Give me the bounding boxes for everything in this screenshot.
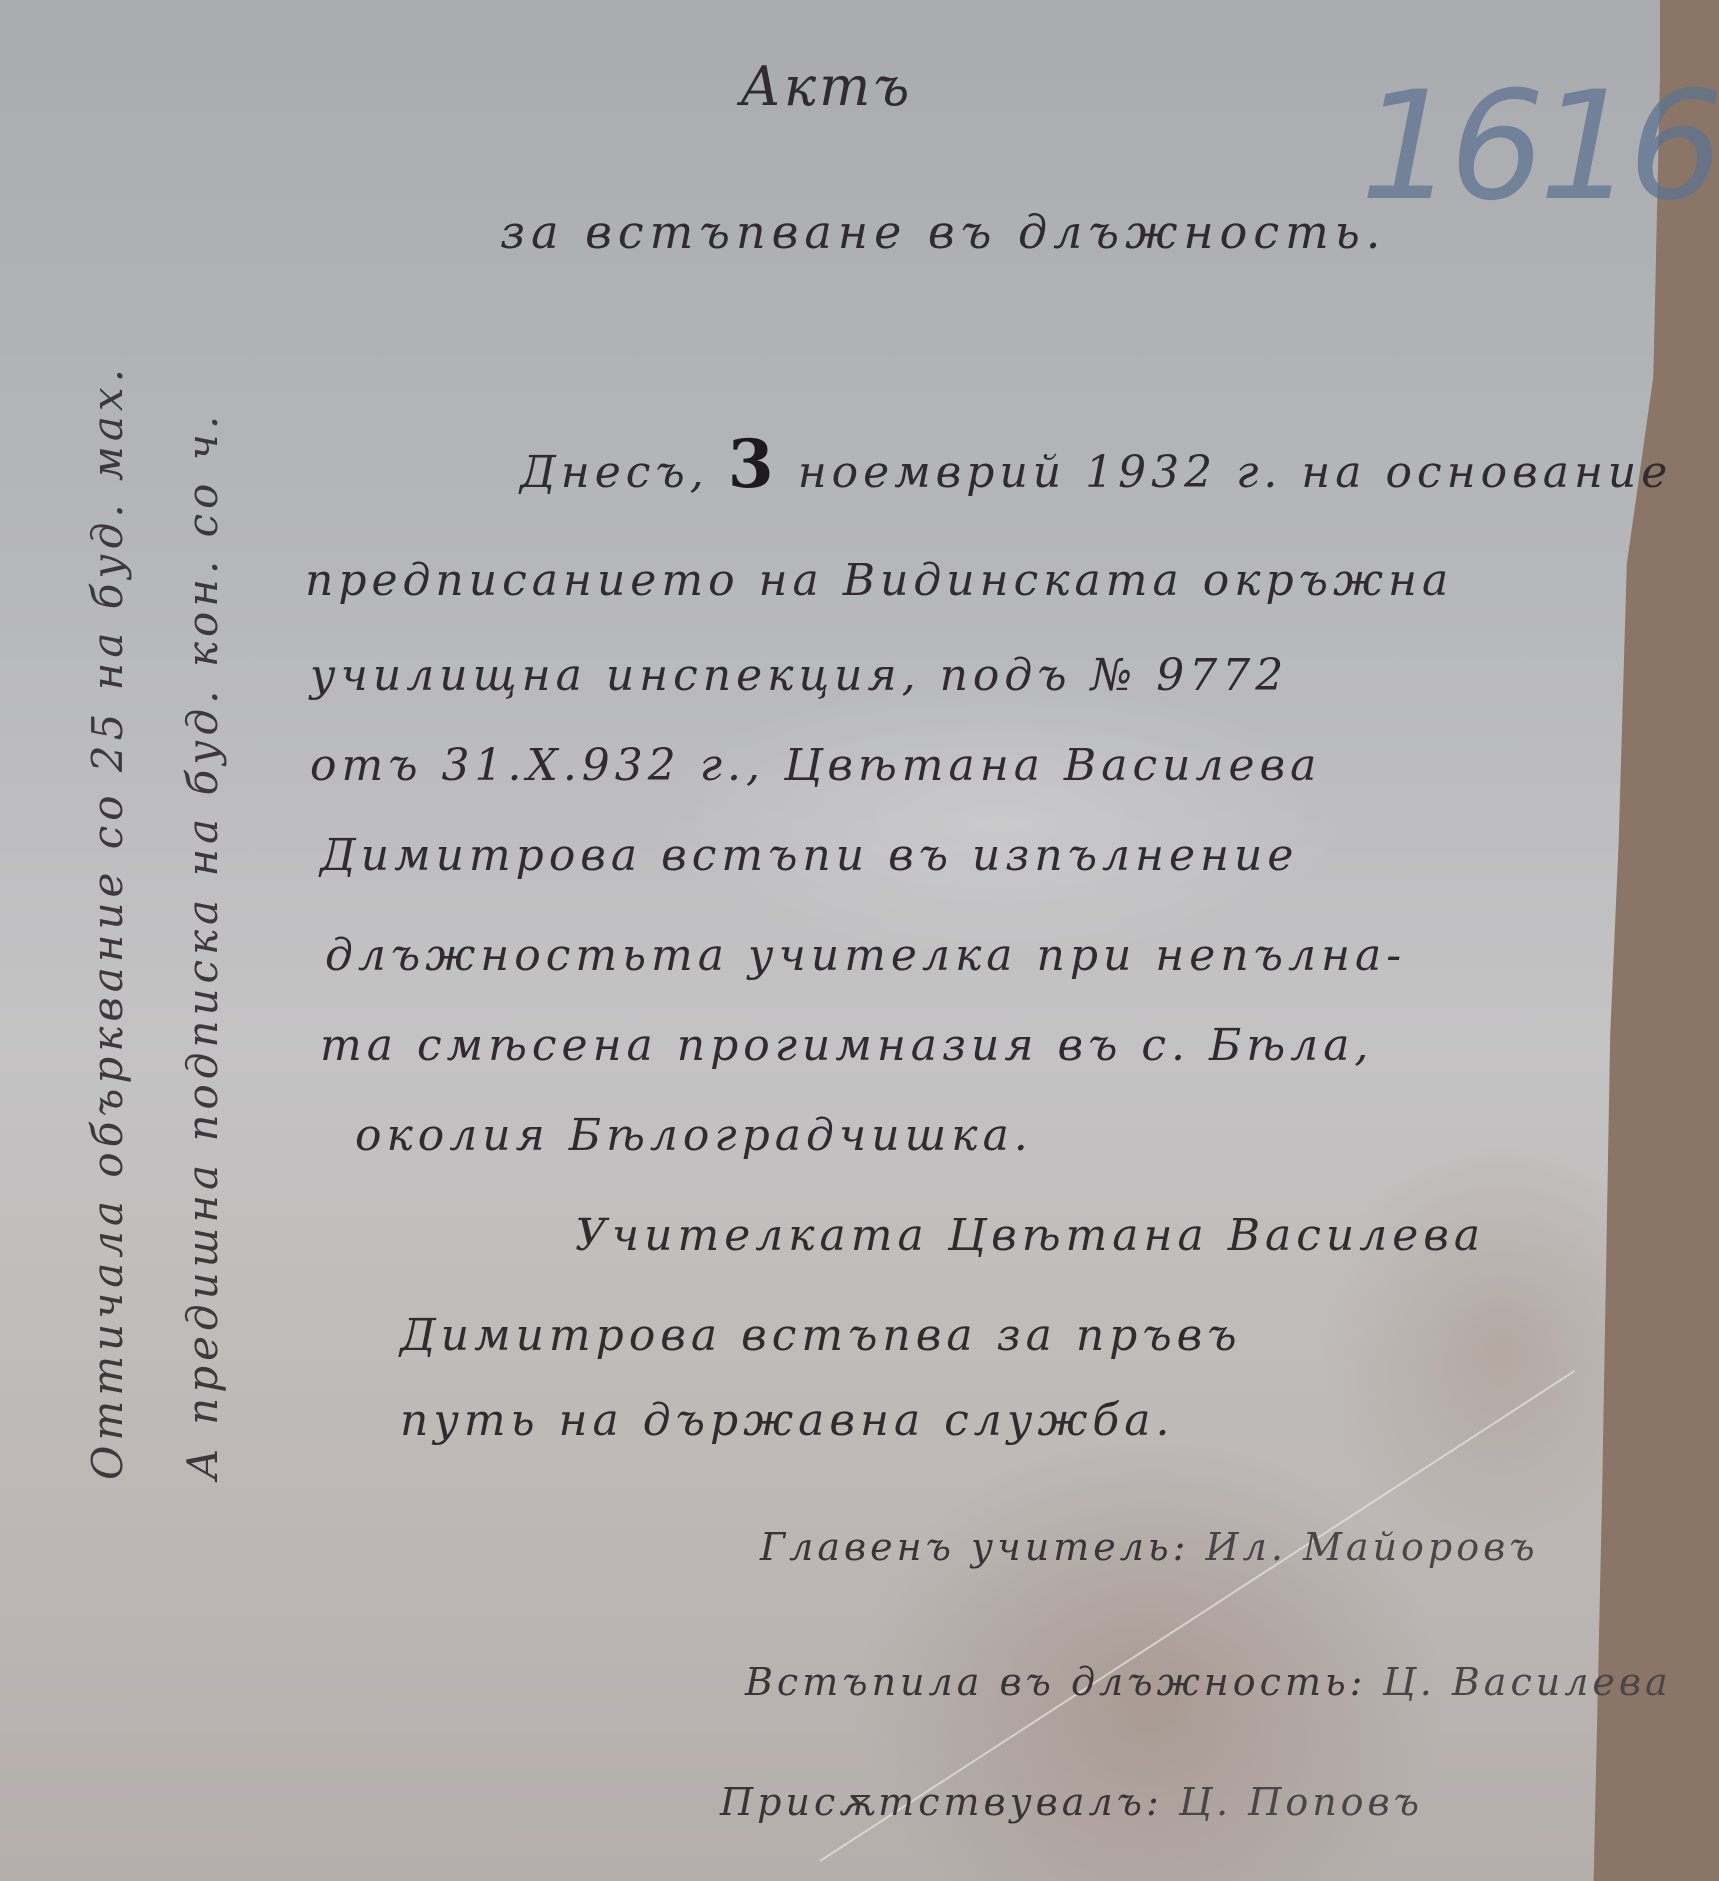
document-title: Актъ [740,55,912,118]
signature-name: Ц. Поповъ [1179,1780,1423,1824]
body-line-7: та смѣсена прогимназия въ с. Бѣла, [320,1020,1373,1071]
date-prefix: Днесъ, [520,447,709,498]
document-subtitle: за встъпване въ длъжность. [500,205,1386,259]
body-line-8: околия Бѣлоградчишка. [355,1110,1033,1161]
body-line-3: училищна инспекция, подъ № 9772 [310,650,1288,701]
paragraph2-line-3: путь на държавна служба. [400,1395,1174,1446]
margin-note: Оттичала обърквание со 25 на буд. мах. А… [60,60,250,1480]
signature-label: Встъпила въ длъжность: [745,1660,1366,1704]
margin-note-line-2: А предишна подписка на буд. кон. со ч. [155,60,250,1480]
date-day: 3 [728,425,779,503]
date-suffix: ноемврий 1932 г. на основание [798,447,1673,498]
body-line-4: отъ 31.X.932 г., Цвѣтана Василева [310,740,1321,791]
signature-appointee: Встъпила въ длъжность: Ц. Василева [745,1660,1672,1704]
body-line-2: предписанието на Видинската окръжна [305,555,1453,606]
body-line-5: Димитрова встъпи въ изпълнение [320,830,1298,881]
body-line-1: Днесъ, 3 ноемврий 1932 г. на основание [520,425,1672,503]
margin-note-line-1: Оттичала обърквание со 25 на буд. мах. [60,60,155,1480]
paragraph2-line-1: Учителката Цвѣтана Василева [575,1210,1485,1261]
signature-name: Ц. Василева [1383,1660,1672,1704]
signature-label: Присѫтствувалъ: [720,1780,1163,1824]
signature-label: Главенъ учитель: [760,1525,1189,1569]
signature-witness: Присѫтствувалъ: Ц. Поповъ [720,1780,1423,1824]
signature-name: Ил. Майоровъ [1206,1525,1539,1569]
body-line-6: длъжностьта учителка при непълна- [325,930,1406,981]
paragraph2-line-2: Димитрова встъпва за пръвъ [400,1310,1242,1361]
signature-head-teacher: Главенъ учитель: Ил. Майоровъ [760,1525,1539,1569]
archive-number: 1616 [1360,60,1718,234]
